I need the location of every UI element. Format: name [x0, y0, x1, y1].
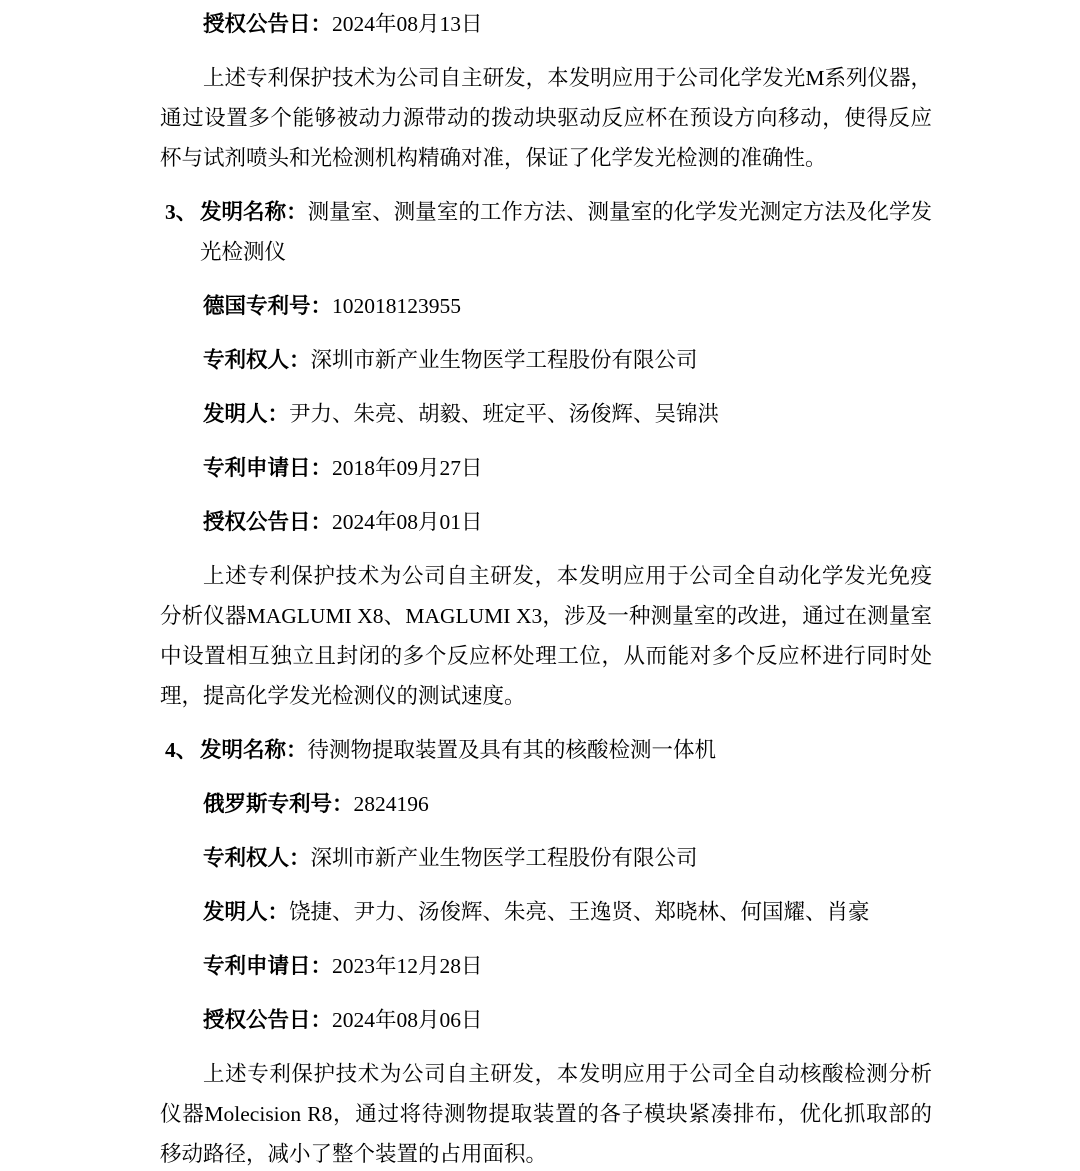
- field-label: 授权公告日：: [203, 12, 332, 36]
- invention-name: 待测物提取装置及具有其的核酸检测一体机: [308, 738, 717, 762]
- patent-holder-field: 专利权人：深圳市新产业生物医学工程股份有限公司: [160, 838, 932, 878]
- field-label: 专利权人：: [203, 846, 311, 870]
- invention-name: 测量室、测量室的工作方法、测量室的化学发光测定方法及化学发光检测仪: [200, 200, 932, 264]
- application-date-field: 专利申请日：2023年12月28日: [160, 946, 932, 986]
- patent-holder-field: 专利权人：深圳市新产业生物医学工程股份有限公司: [160, 340, 932, 380]
- field-value: 2824196: [354, 792, 429, 816]
- patent-item-title: 3、 发明名称：测量室、测量室的工作方法、测量室的化学发光测定方法及化学发光检测…: [160, 192, 932, 272]
- field-value: 2023年12月28日: [332, 954, 483, 978]
- field-label: 授权公告日：: [203, 1008, 332, 1032]
- field-label: 授权公告日：: [203, 510, 332, 534]
- inventors-field: 发明人：尹力、朱亮、胡毅、班定平、汤俊辉、吴锦洪: [160, 394, 932, 434]
- invention-name-label: 发明名称：: [200, 200, 308, 224]
- field-value: 2024年08月13日: [332, 12, 483, 36]
- patent-item-title: 4、 发明名称：待测物提取装置及具有其的核酸检测一体机: [160, 730, 932, 770]
- field-label: 专利申请日：: [203, 456, 332, 480]
- document-content: 授权公告日：2024年08月13日 上述专利保护技术为公司自主研发，本发明应用于…: [0, 0, 1080, 1171]
- field-value: 深圳市新产业生物医学工程股份有限公司: [311, 846, 698, 870]
- patent-description-paragraph: 上述专利保护技术为公司自主研发，本发明应用于公司全自动核酸检测分析仪器Molec…: [160, 1054, 932, 1171]
- patent-description-paragraph: 上述专利保护技术为公司自主研发，本发明应用于公司全自动化学发光免疫分析仪器MAG…: [160, 556, 932, 716]
- field-label: 俄罗斯专利号：: [203, 792, 354, 816]
- application-date-field: 专利申请日：2018年09月27日: [160, 448, 932, 488]
- field-value: 尹力、朱亮、胡毅、班定平、汤俊辉、吴锦洪: [289, 402, 719, 426]
- invention-name-label: 发明名称：: [200, 738, 308, 762]
- field-label: 专利权人：: [203, 348, 311, 372]
- field-value: 2024年08月01日: [332, 510, 483, 534]
- inventors-field: 发明人：饶捷、尹力、汤俊辉、朱亮、王逸贤、郑晓林、何国耀、肖豪: [160, 892, 932, 932]
- item-number: 3、: [165, 192, 197, 232]
- patent-number-field: 俄罗斯专利号：2824196: [160, 784, 932, 824]
- field-value: 2018年09月27日: [332, 456, 483, 480]
- grant-date-field: 授权公告日：2024年08月06日: [160, 1000, 932, 1040]
- field-label: 德国专利号：: [203, 294, 332, 318]
- field-value: 102018123955: [332, 294, 461, 318]
- field-label: 发明人：: [203, 900, 289, 924]
- field-value: 深圳市新产业生物医学工程股份有限公司: [311, 348, 698, 372]
- grant-date-field: 授权公告日：2024年08月13日: [160, 4, 932, 44]
- field-value: 饶捷、尹力、汤俊辉、朱亮、王逸贤、郑晓林、何国耀、肖豪: [289, 900, 870, 924]
- item-number: 4、: [165, 730, 197, 770]
- field-value: 2024年08月06日: [332, 1008, 483, 1032]
- patent-document-page: 授权公告日：2024年08月13日 上述专利保护技术为公司自主研发，本发明应用于…: [0, 0, 1080, 1171]
- field-label: 专利申请日：: [203, 954, 332, 978]
- patent-description-paragraph: 上述专利保护技术为公司自主研发，本发明应用于公司化学发光M系列仪器，通过设置多个…: [160, 58, 932, 178]
- patent-number-field: 德国专利号：102018123955: [160, 286, 932, 326]
- field-label: 发明人：: [203, 402, 289, 426]
- grant-date-field: 授权公告日：2024年08月01日: [160, 502, 932, 542]
